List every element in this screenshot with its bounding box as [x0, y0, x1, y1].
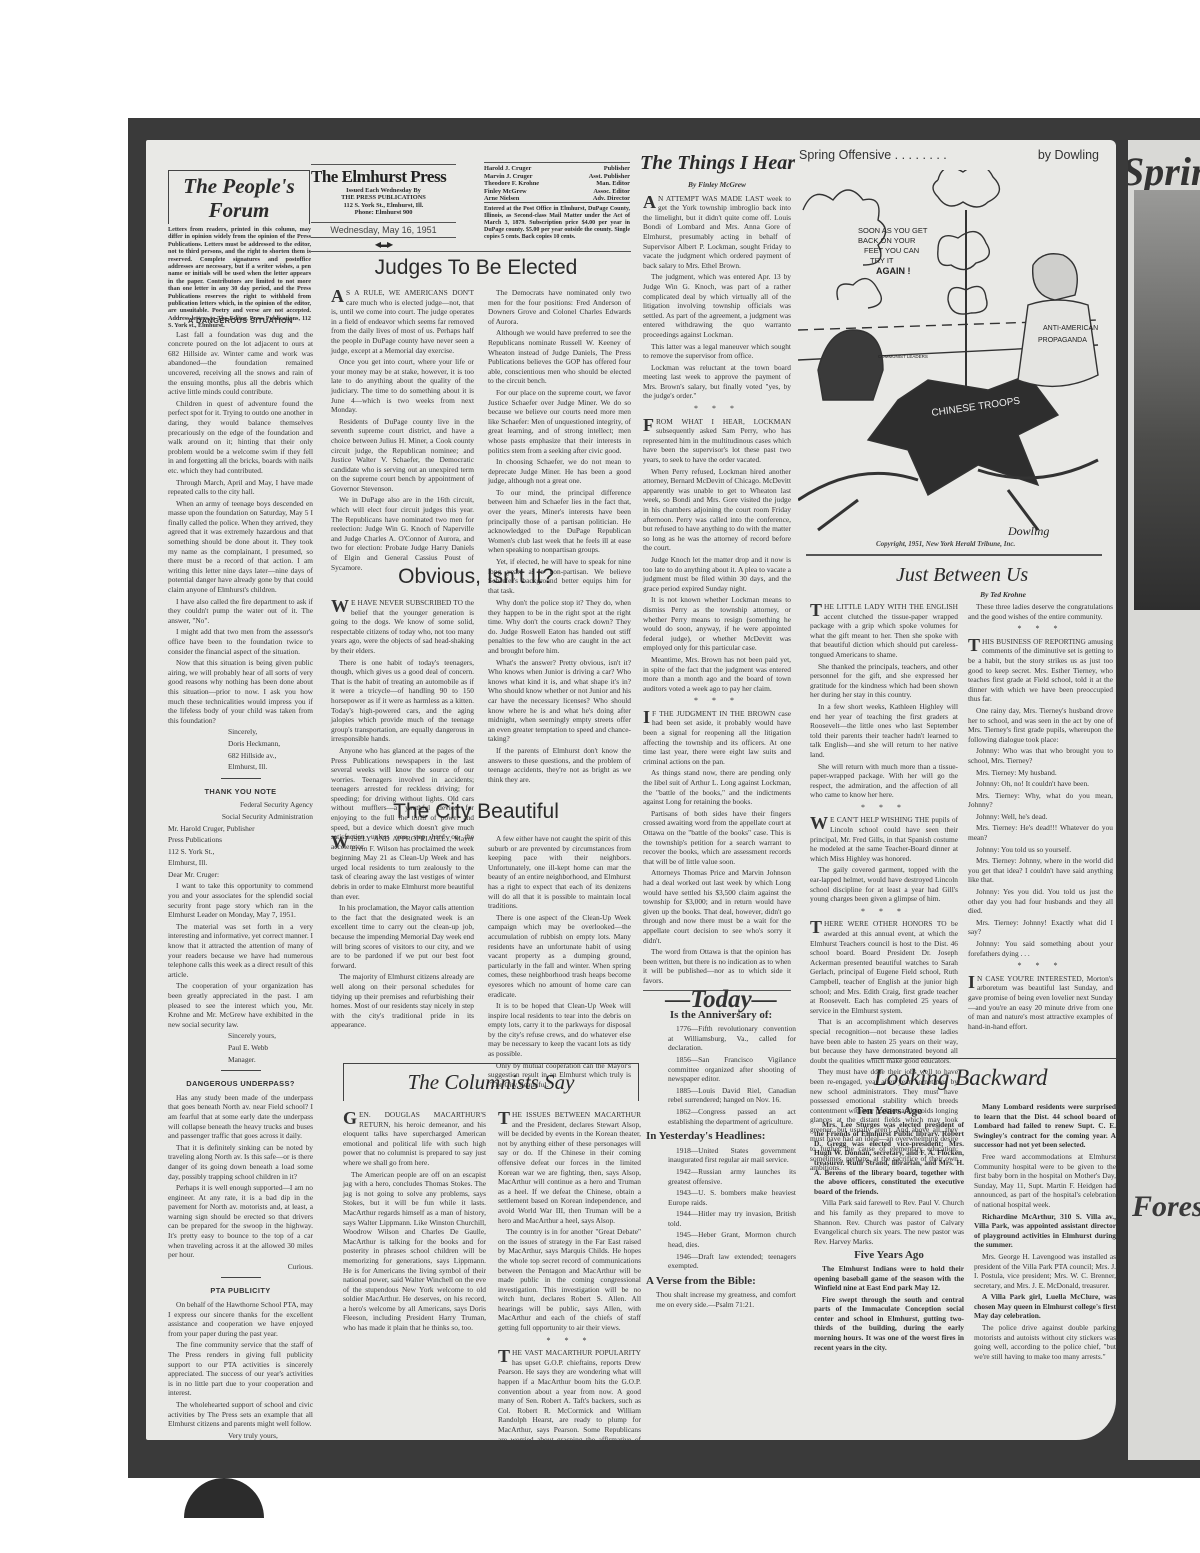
editorial-paragraph: If the parents of Elmhurst don't know th… — [488, 746, 631, 784]
column-paragraph: WE CAN'T HELP WISHING THE pupils of Linc… — [810, 815, 958, 863]
ornament-icon: ◀▬▶ — [311, 240, 456, 249]
editorial-paragraph: In his proclamation, the Mayor calls att… — [331, 903, 474, 970]
history-paragraph: The police drive against double parking … — [974, 1323, 1116, 1361]
dialogue-line: Mrs. Tierney: Johnny! Exactly what did I… — [968, 918, 1113, 937]
columnists-paragraph: THE VAST MACARTHUR POPULARITY has upset … — [498, 1348, 641, 1440]
dialogue-line: Johnny: Yes you did. You told us just th… — [968, 887, 1113, 916]
letter-signature: Sincerely, — [168, 727, 313, 737]
column-paragraph: These three ladies deserve the congratul… — [968, 602, 1113, 621]
byline: By Finley McGrew — [643, 180, 791, 190]
letter-paragraph: I might add that two men from the assess… — [168, 627, 313, 656]
publisher-org: THE PRESS PUBLICATIONS — [311, 194, 456, 201]
history-paragraph: Fire swept through the south and central… — [814, 1295, 964, 1353]
editorial-cartoon: SOON AS YOU GET BACK ON YOUR FEET YOU CA… — [798, 170, 1103, 545]
letter-heading: PTA PUBLICITY — [168, 1286, 313, 1296]
editorial-column: A few either have not caught the spirit … — [488, 834, 631, 1091]
headline-item: 1918—United States government inaugurate… — [646, 1146, 796, 1165]
letter-paragraph: The material was set forth in a very int… — [168, 922, 313, 980]
headline-item: 1946—Draft law extended; teenagers exemp… — [646, 1252, 796, 1271]
forum-title-box: The People's Forum — [168, 170, 310, 224]
section-separator: * * * — [498, 1336, 641, 1346]
headline-item: 1944—Hitler may try invasion, British to… — [646, 1209, 796, 1228]
editorial-paragraph: The Democrats have nominated only two me… — [488, 288, 631, 326]
column-title: Just Between Us — [896, 564, 1028, 587]
divider — [221, 778, 261, 779]
column-paragraph: The word from Ottawa is that the opinion… — [643, 947, 791, 985]
editorial-paragraph: What's the answer? Pretty obvious, isn't… — [488, 658, 631, 744]
letter-paragraph: I have also called the fire department t… — [168, 597, 313, 626]
column-paragraph: THIS BUSINESS OF REPORTING amusing comme… — [968, 637, 1113, 704]
section-separator: * * * — [810, 907, 958, 917]
editorial-column: AS A RULE, WE AMERICANS DON'T care much … — [331, 288, 474, 574]
letter-paragraph: The cooperation of your organization has… — [168, 981, 313, 1029]
letter-heading: DANGEROUS UNDERPASS? — [168, 1079, 313, 1089]
editorial-paragraph: WISELY AND APPROPRIATELY, Mayor Ervin F.… — [331, 834, 474, 901]
column-paragraph: FROM WHAT I HEAR, LOCKMAN subsequently a… — [643, 417, 791, 465]
cartoon-title: Spring Offensive . . . . . . . . by Dowl… — [799, 148, 1099, 162]
column-paragraph: THERE WERE OTHER HONORS TO be awarded at… — [810, 919, 958, 1015]
history-paragraph: Richardine McArthur, 310 S. Villa av., V… — [974, 1212, 1116, 1250]
column-paragraph: AN ATTEMPT WAS MADE LAST week to get the… — [643, 194, 791, 271]
letter-heading: THANK YOU NOTE — [168, 787, 313, 797]
anniversary-item: 1885—Louis David Riel, Canadian rebel su… — [646, 1086, 796, 1105]
thumb-shadow — [184, 1478, 264, 1518]
svg-text:AGAIN !: AGAIN ! — [876, 266, 911, 276]
headline-item: 1945—Heber Grant, Mormon church head, di… — [646, 1230, 796, 1249]
letter-signature: 682 Hillside av., — [168, 751, 313, 761]
letter-signature: Doris Heckmann, — [168, 739, 313, 749]
svg-text:PROPAGANDA: PROPAGANDA — [1038, 337, 1087, 344]
editorial-paragraph: Residents of DuPage county live in the s… — [331, 417, 474, 494]
column-paragraph: Attorneys Thomas Price and Marvin Johnso… — [643, 868, 791, 945]
letter-paragraph: Through March, April and May, I have mad… — [168, 478, 313, 497]
letter-paragraph: On behalf of the Hawthorne School PTA, m… — [168, 1300, 313, 1338]
columnists-paragraph: The country is in for another "Great Deb… — [498, 1227, 641, 1333]
editorial-paragraph: Once you get into court, where your life… — [331, 357, 474, 415]
column-paragraph: Meantime, Mrs. Brown has not been paid y… — [643, 655, 791, 693]
editorial-paragraph: A few either have not caught the spirit … — [488, 834, 631, 911]
cartoon-title-text: Spring Offensive . . . . . . . . — [799, 148, 947, 162]
svg-text:TRY IT: TRY IT — [870, 256, 894, 265]
dialogue-line: Johnny: Oh, no! It couldn't have been. — [968, 779, 1113, 789]
dialogue-line: Mrs. Tierney: My husband. — [968, 768, 1113, 778]
dialogue-line: Johnny: You said something about your fo… — [968, 939, 1113, 958]
column-paragraph: This latter was a legal maneuver which s… — [643, 342, 791, 361]
divider — [221, 1277, 261, 1278]
adjacent-page-title: Spring I — [1128, 148, 1200, 195]
editorial-paragraph: WE HAVE NEVER SUBSCRIBED TO the belief t… — [331, 598, 474, 656]
cartoon-copyright: Copyright, 1951, New York Herald Tribune… — [876, 540, 1015, 548]
column-paragraph: Judge Knoch let the matter drop and it n… — [643, 555, 791, 593]
letter-paragraph: Perhaps it is well enough supported—I am… — [168, 1183, 313, 1260]
column-paragraph: IN CASE YOU'RE INTERESTED, Morton's arbo… — [968, 974, 1113, 1032]
editorial-column: WISELY AND APPROPRIATELY, Mayor Ervin F.… — [331, 834, 474, 1032]
staff-list: Harold J. CrugerPublisher Marvin J. Crug… — [484, 162, 630, 203]
editorial-column: Why don't the police stop it? They do, w… — [488, 598, 631, 786]
letter-signature: Paul E. Webb — [168, 1043, 313, 1053]
explosion-cloud-icon — [933, 170, 999, 207]
byline: By Ted Krohne — [958, 590, 1048, 600]
letter-signature: Curious. — [168, 1262, 313, 1272]
editorial-paragraph: To our mind, the principal difference be… — [488, 488, 631, 555]
column-paragraph: She thanked the principals, teachers, an… — [810, 662, 958, 700]
anniversary-item: 1856—San Francisco Vigilance committee o… — [646, 1055, 796, 1084]
speech-text: SOON AS YOU GET — [858, 226, 928, 235]
dialogue-line: Johnny: Who was that who brought you to … — [968, 746, 1113, 765]
label-anti-american: ANTI-AMERICAN — [1043, 325, 1098, 332]
editorial-paragraph: The majority of Elmhurst citizens alread… — [331, 972, 474, 1030]
letter-signature: Elmhurst, Ill. — [168, 762, 313, 772]
letter-from: Social Security Administration — [168, 812, 313, 822]
cartoonist-signature: Dowling — [1007, 524, 1049, 538]
letter-paragraph: Now that this situation is being given p… — [168, 658, 313, 725]
editorial-headline: Obvious, Isn't It? — [321, 565, 631, 589]
column-paragraph: One rainy day, Mrs. Tierney's husband dr… — [968, 706, 1113, 744]
dialogue-line: Mrs. Tierney: Why, what do you mean, Joh… — [968, 791, 1113, 810]
editorial-headline: The City Beautiful — [321, 800, 631, 824]
newspaper-name: The Elmhurst Press — [311, 164, 456, 187]
history-paragraph: Many Lombard residents were surprised to… — [974, 1102, 1116, 1150]
columnists-column: GEN. DOUGLAS MACARTHUR'S RETURN, his her… — [343, 1110, 486, 1335]
anniversary-item: 1776—Fifth revolutionary convention at W… — [646, 1024, 796, 1053]
letter-address: Press Publications — [168, 835, 313, 845]
svg-text:FEET YOU CAN: FEET YOU CAN — [864, 246, 919, 255]
masthead: The Elmhurst Press Issued Each Wednesday… — [311, 164, 456, 249]
cartoon-rule — [806, 554, 1102, 556]
section-heading: Ten Years Ago — [814, 1107, 964, 1117]
column-paragraph: As things stand now, there are pending o… — [643, 768, 791, 806]
column-paragraph: In a few short weeks, Kathleen Highley w… — [810, 702, 958, 760]
divider — [871, 1058, 1116, 1059]
section-separator: * * * — [810, 803, 958, 813]
letter-signature: Manager. — [168, 1055, 313, 1065]
section-separator: * * * — [643, 404, 791, 414]
svg-text:BACK ON YOUR: BACK ON YOUR — [858, 236, 916, 245]
letter-paragraph: Has any study been made of the underpass… — [168, 1093, 313, 1141]
letter-signature: Very truly yours, — [168, 1431, 313, 1440]
byline-wrap: By Ted Krohne — [958, 590, 1048, 602]
staff-row: Theodore F. KrohneMan. Editor — [484, 180, 630, 188]
columnists-title: The Columnists Say — [344, 1064, 638, 1095]
forum-title: The People's Forum — [169, 171, 309, 222]
editorial-column: The Democrats have nominated only two me… — [488, 288, 631, 597]
issue-date: Wednesday, May 16, 1951 — [311, 222, 456, 238]
dialogue-line: Mrs. Tierney: Johnny, where in the world… — [968, 856, 1113, 885]
letter-heading: A DANGEROUS SITUATION — [168, 316, 313, 326]
history-paragraph: Free ward accommodations at Elmhurst Com… — [974, 1152, 1116, 1210]
verse-heading: A Verse from the Bible: — [646, 1277, 796, 1287]
editorial-paragraph: There is one habit of today's teenagers,… — [331, 658, 474, 744]
columnists-column: THE ISSUES BETWEEN MACARTHUR and the Pre… — [498, 1110, 641, 1440]
postal-entry-note: Entered at the Post Office in Elmhurst, … — [484, 202, 630, 241]
looking-backward-title: Looking Backward — [874, 1065, 1048, 1091]
letter-paragraph: That it is definitely sinking can be not… — [168, 1143, 313, 1181]
newspaper-page: The People's Forum Letters from readers,… — [146, 140, 1116, 1440]
column-paragraph: She will return with much more than a ti… — [810, 762, 958, 800]
column-paragraph: When Perry refused, Lockman hired anothe… — [643, 467, 791, 553]
issued-line: Issued Each Wednesday By — [311, 187, 456, 194]
label-communist-leaders: COMMUNIST LEADERS — [878, 354, 928, 359]
cartoon-byline: by Dowling — [1038, 148, 1099, 162]
columnists-paragraph: THE ISSUES BETWEEN MACARTHUR and the Pre… — [498, 1110, 641, 1225]
section-separator: * * * — [968, 961, 1113, 971]
staff-row: Finley McGrewAssoc. Editor — [484, 188, 630, 196]
masthead-rule — [311, 251, 631, 252]
letter-paragraph: The fine community service that the staf… — [168, 1340, 313, 1398]
editorial-paragraph: For our place on the supreme court, we f… — [488, 388, 631, 455]
column-paragraph: It is not known whether Lockman means to… — [643, 595, 791, 653]
anniversary-item: 1862—Congress passed an act establishing… — [646, 1107, 796, 1126]
letter-paragraph: Last fall a foundation was dug and the c… — [168, 330, 313, 397]
editorial-paragraph: Why don't the police stop it? They do, w… — [488, 598, 631, 656]
column-paragraph: The judgment, which was entered Apr. 13 … — [643, 272, 791, 339]
history-paragraph: Villa Park said farewell to Rev. Paul V.… — [814, 1198, 964, 1246]
section-separator: * * * — [643, 696, 791, 706]
letter-salutation: Dear Mr. Cruger: — [168, 870, 313, 880]
letter-paragraph: I want to take this opportunity to comme… — [168, 881, 313, 919]
adjacent-page-lower-title: Forest — [1132, 1190, 1200, 1224]
column-paragraph: The gaily covered garment, topped with t… — [810, 865, 958, 903]
history-paragraph: The Elmhurst Indians were to hold their … — [814, 1264, 964, 1293]
headlines-heading: In Yesterday's Headlines: — [646, 1132, 796, 1142]
adjacent-page-edge: Spring I Forest — [1128, 140, 1200, 1460]
editorial-paragraph: We in DuPage also are in the 16th circui… — [331, 495, 474, 572]
editorial-paragraph: It is to be hoped that Clean-Up Week wil… — [488, 1001, 631, 1059]
columnists-title-box: The Columnists Say — [343, 1063, 639, 1101]
letter-from: Federal Security Agency — [168, 800, 313, 810]
section-heading: Five Years Ago — [814, 1251, 964, 1261]
headline-item: 1942—Russian army launches its greatest … — [646, 1167, 796, 1186]
dialogue-line: Johnny: Well, he's dead. — [968, 812, 1113, 822]
column-paragraph: THE LITTLE LADY WITH THE ENGLISH accent … — [810, 602, 958, 660]
section-separator: * * * — [968, 624, 1113, 634]
bible-verse: Thou shalt increase my greatness, and co… — [646, 1290, 796, 1309]
column-paragraph: IF THE JUDGMENT IN THE BROWN case had be… — [643, 709, 791, 767]
letter-address: Elmhurst, Ill. — [168, 858, 313, 868]
letter-address: Mr. Harold Cruger, Publisher — [168, 824, 313, 834]
editorial-paragraph: There is one aspect of the Clean-Up Week… — [488, 913, 631, 999]
history-paragraph: A Villa Park girl, Luella McClure, was c… — [974, 1292, 1116, 1321]
column-title: The Things I Hear — [640, 152, 795, 175]
letter-paragraph: Children in quest of adventure found the… — [168, 399, 313, 476]
publisher-phone: Phone: Elmhurst 900 — [311, 209, 456, 216]
column-paragraph: Partisans of both sides have their finge… — [643, 809, 791, 867]
staff-row: Marvin J. CrugerAsst. Publisher — [484, 173, 630, 181]
editorial-paragraph: AS A RULE, WE AMERICANS DON'T care much … — [331, 288, 474, 355]
looking-backward-column: Ten Years Ago Mrs. Lee Sturges was elect… — [814, 1102, 964, 1354]
publisher-address: 112 S. York St., Elmhurst, Ill. — [311, 202, 456, 209]
headline-item: 1943—U. S. bombers make heaviest Europe … — [646, 1188, 796, 1207]
forum-letters-column: A DANGEROUS SITUATION Last fall a founda… — [168, 308, 313, 1440]
just-between-us-column: These three ladies deserve the congratul… — [968, 602, 1113, 1033]
divider — [221, 1070, 261, 1071]
history-paragraph: Mrs. George H. Lavengood was installed a… — [974, 1252, 1116, 1290]
today-column: —Today— Is the Anniversary of: 1776—Fift… — [646, 995, 796, 1312]
adjacent-page-photo — [1134, 190, 1200, 610]
history-paragraph: Mrs. Lee Sturges was elected president o… — [814, 1120, 964, 1197]
columnists-paragraph: The American people are off on an escapi… — [343, 1170, 486, 1333]
letter-paragraph: The wholehearted support of school and c… — [168, 1400, 313, 1429]
dialogue-line: Mrs. Tierney: He's dead!!! Whatever do y… — [968, 823, 1113, 842]
columnists-paragraph: GEN. DOUGLAS MACARTHUR'S RETURN, his her… — [343, 1110, 486, 1168]
looking-backward-column: Many Lombard residents were surprised to… — [974, 1102, 1116, 1363]
column-paragraph: Lockman was reluctant at the town board … — [643, 363, 791, 401]
dialogue-line: Johnny: You told us so yourself. — [968, 845, 1113, 855]
staff-row: Harold J. CrugerPublisher — [484, 165, 630, 173]
letter-paragraph: When an army of teenage boys descended e… — [168, 499, 313, 595]
editorial-paragraph: In choosing Schaefer, we do not mean to … — [488, 457, 631, 486]
letter-address: 112 S. York St., — [168, 847, 313, 857]
today-title: —Today— — [646, 995, 796, 1005]
letter-signature: Sincerely yours, — [168, 1031, 313, 1041]
editorial-headline: Judges To Be Elected — [321, 256, 631, 280]
things-i-hear-column: By Finley McGrew AN ATTEMPT WAS MADE LAS… — [643, 180, 791, 995]
editorial-paragraph: Although we would have preferred to see … — [488, 328, 631, 386]
